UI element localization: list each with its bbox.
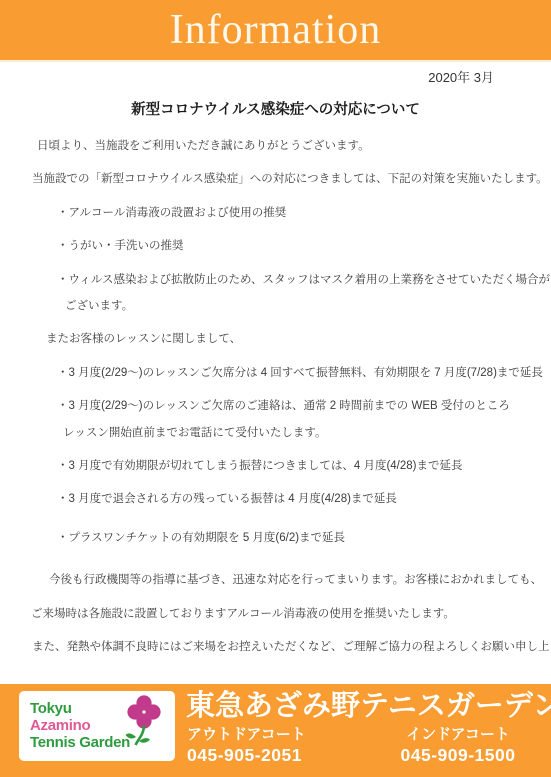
bullet-item: ・3 月度で退会される方の残っている振替は 4 月度(4/28)まで延長 <box>0 483 551 516</box>
body-line: ご来場時は各施設に設置しておりますアルコール消毒液の使用を推奨いたします。 <box>0 598 551 631</box>
outdoor-court-phone: 045-905-2051 <box>187 745 306 766</box>
document-title: 新型コロナウイルス感染症への対応について <box>0 98 551 119</box>
indoor-court-phone: 045-909-1500 <box>398 745 518 766</box>
flower-icon <box>121 694 167 748</box>
indoor-court-label: インドアコート <box>398 724 518 745</box>
notice-body: 日頃より、当施設をご利用いただき誠にありがとうございます。 当施設での「新型コロ… <box>0 130 551 665</box>
logo-line-azamino: Azamino <box>30 717 130 734</box>
page-title: Information <box>0 0 551 60</box>
outdoor-court-contact: アウトドアコート 045-905-2051 <box>187 724 306 766</box>
logo-line-tennis-garden: Tennis Garden <box>30 734 130 751</box>
bullet-item: ・3 月度で有効期限が切れてしまう振替につきましては、4 月度(4/28)まで延… <box>0 450 551 483</box>
bullet-item: ・うがい・手洗いの推奨 <box>0 230 551 263</box>
date-label: 2020年 3月 <box>428 67 494 86</box>
outdoor-court-label: アウトドアコート <box>187 724 306 745</box>
logo-wordmark: Tokyu Azamino Tennis Garden <box>30 700 130 751</box>
body-line: 今後も行政機関等の指導に基づき、迅速な対応を行ってまいります。お客様におかれまし… <box>0 564 551 597</box>
bullet-item: ・アルコール消毒液の設置および使用の推奨 <box>0 197 551 230</box>
tennis-garden-logo: Tokyu Azamino Tennis Garden <box>19 691 175 761</box>
body-line: また、発熱や体調不良時にはご来場をお控えいただくなど、ご理解ご協力の程よろしくお… <box>0 631 551 664</box>
facility-name: 東急あざみ野テニスガーデン <box>186 683 551 724</box>
body-line: 日頃より、当施設をご利用いただき誠にありがとうございます。 <box>0 130 551 163</box>
indoor-court-contact: インドアコート 045-909-1500 <box>398 724 518 766</box>
notice-page: Information 2020年 3月 新型コロナウイルス感染症への対応につい… <box>0 0 551 777</box>
header-banner: Information <box>0 0 551 62</box>
footer-banner: Tokyu Azamino Tennis Garden 東急あざみ野テニスガーデ… <box>0 684 551 777</box>
body-line: またお客様のレッスンに関しまして、 <box>0 323 551 356</box>
bullet-item: ・3 月度(2/29～)のレッスンご欠席分は 4 回すべて振替無料、有効期限を … <box>0 357 551 390</box>
body-line: 当施設での「新型コロナウイルス感染症」への対応につきましては、下記の対策を実施い… <box>0 163 551 196</box>
logo-line-tokyu: Tokyu <box>30 700 130 717</box>
bullet-item: ・プラスワンチケットの有効期限を 5 月度(6/2)まで延長 <box>0 522 551 555</box>
